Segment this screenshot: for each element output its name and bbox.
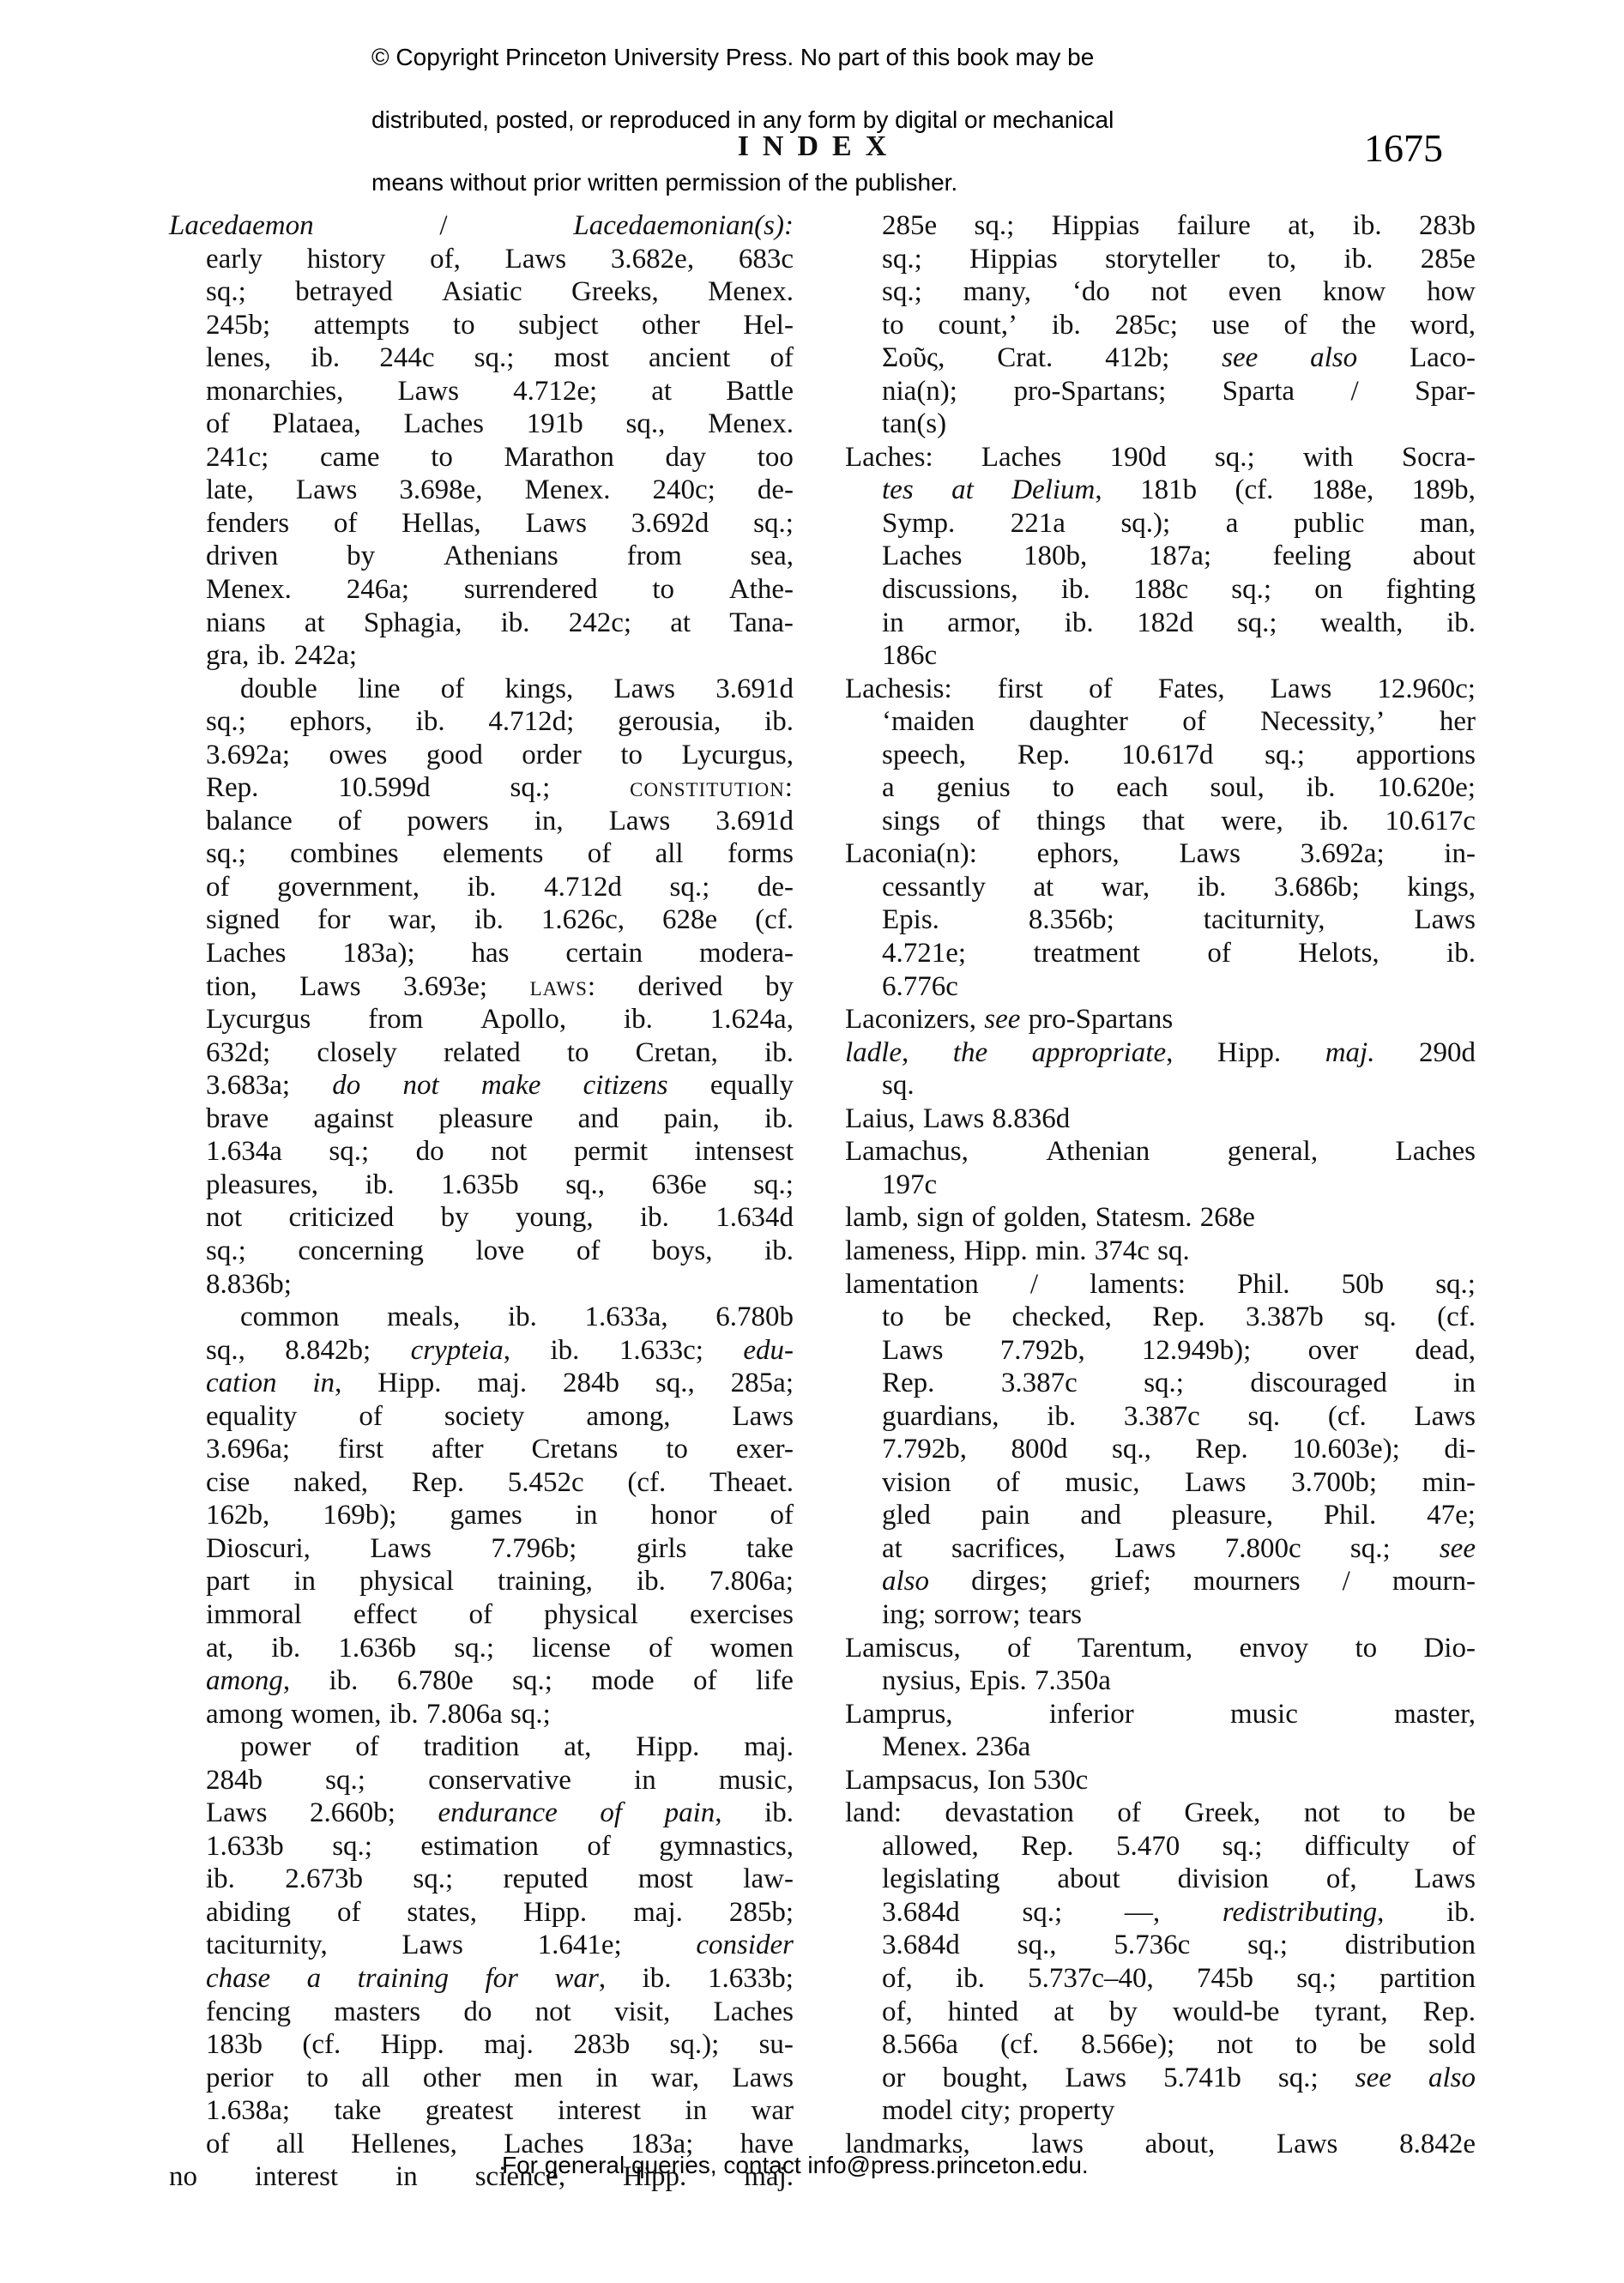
index-word: Laws	[525, 507, 586, 541]
index-word: Sparta	[1223, 375, 1295, 408]
index-word: surrendered	[464, 573, 598, 607]
index-entry-line: cessantlyatwar,ib.3.686b;kings,	[845, 871, 1476, 904]
index-word: tradition	[424, 1730, 520, 1764]
index-entry-line: gledpainandpleasure,Phil.47e;	[845, 1499, 1476, 1532]
index-word: on	[1314, 573, 1343, 607]
index-word: 187a;	[1149, 540, 1211, 573]
index-word: hinted	[948, 1996, 1018, 2029]
index-word: ‘maiden	[882, 705, 975, 739]
index-word: 1.633c;	[619, 1334, 703, 1368]
index-word: not	[1151, 275, 1187, 309]
index-word: Hipp.	[1217, 1036, 1281, 1070]
index-entry-line: inarmor,ib.182dsq.;wealth,ib.	[845, 607, 1476, 640]
index-entry-line: niansatSphagia,ib.242c;atTana-	[169, 607, 794, 640]
index-word: storyteller	[1105, 243, 1220, 276]
index-word: Statesm.	[1096, 1201, 1192, 1235]
index-word: each	[1116, 771, 1168, 805]
index-word: ib.	[389, 1698, 419, 1731]
index-entry-line: modelcity;property	[845, 2094, 1476, 2128]
index-word: lamentation	[845, 1268, 979, 1302]
index-entry-heading-line: Lacedaemon/Lacedaemonian(s):	[169, 209, 794, 243]
index-entry-line: Laws7.792b,12.949b);overdead,	[845, 1334, 1476, 1368]
index-word: take	[334, 2094, 381, 2128]
index-word: Fates,	[1158, 673, 1225, 706]
index-word: 246a;	[347, 573, 409, 607]
index-word: ib.	[416, 705, 445, 739]
index-column-left: Lacedaemon/Lacedaemonian(s):earlyhistory…	[169, 209, 794, 2194]
index-word: Lycurgus,	[681, 739, 793, 772]
index-word: ib.	[1065, 607, 1094, 640]
index-word: pain	[981, 1499, 1030, 1532]
index-word: Athenian	[1046, 1135, 1150, 1169]
index-word: of,	[882, 1996, 913, 2029]
index-word: of	[359, 1400, 383, 1434]
index-word: 1.633b;	[708, 1962, 794, 1996]
index-word: greatest	[426, 2094, 514, 2128]
index-word: training,	[498, 1565, 593, 1598]
index-entry-line: taciturnity,Laws1.641e;consider	[169, 1929, 794, 1962]
index-word: Menex.	[206, 573, 292, 607]
index-word: Laws	[733, 1400, 794, 1434]
index-word: of	[1283, 309, 1307, 342]
index-word: ib.	[764, 705, 794, 739]
index-word: sq.,	[206, 1334, 245, 1368]
index-entry-line: 183b(cf.Hipp.maj.283bsq.);su-	[169, 2028, 794, 2062]
index-word: 530c	[1033, 1764, 1088, 1797]
index-entry-line: 4.721e;treatmentofHelots,ib.	[845, 937, 1476, 970]
index-word: at	[951, 474, 974, 507]
index-word: sq.;	[882, 243, 922, 276]
index-word: 290d	[1419, 1036, 1476, 1070]
index-word: sq.;	[325, 1764, 365, 1797]
index-word: ib.	[474, 903, 504, 937]
index-word: subject	[518, 309, 598, 342]
index-entry-line: 245b;attemptstosubjectotherHel-	[169, 309, 794, 342]
index-word: all	[361, 2062, 389, 2095]
index-word: Rep.	[1021, 1830, 1073, 1863]
index-entry-line: tobechecked,Rep.3.387bsq.(cf.	[845, 1301, 1476, 1334]
index-word: Hipp.	[963, 1235, 1027, 1268]
index-word: closely	[317, 1036, 396, 1070]
index-word: Greeks,	[571, 275, 659, 309]
index-word: ib.	[1198, 871, 1227, 904]
index-word: Ion	[987, 1764, 1025, 1797]
index-word: were,	[1221, 805, 1283, 838]
index-word: apportions	[1356, 739, 1476, 772]
index-word: /	[1343, 1565, 1350, 1598]
index-word: among	[206, 1698, 283, 1731]
index-word: su-	[759, 2028, 794, 2062]
index-word: (cf.	[302, 2028, 341, 2062]
index-word: in	[634, 1764, 656, 1797]
index-column-right: 285esq.;Hippiasfailureat,ib.283bsq.;Hipp…	[845, 209, 1476, 2160]
index-word: 12.960c;	[1377, 673, 1476, 706]
index-word: combines	[290, 837, 398, 871]
index-entry-line: 8.836b;	[169, 1268, 794, 1302]
index-word: sq.;	[1265, 739, 1305, 772]
index-word: edu-	[743, 1334, 794, 1368]
index-word: 6.776c	[882, 970, 958, 1004]
index-word: Lacedaemon	[169, 209, 314, 243]
index-word: of	[1117, 1797, 1141, 1830]
index-word: gra,	[206, 639, 249, 673]
index-word: other	[642, 309, 700, 342]
index-word: Apollo,	[480, 1003, 566, 1036]
index-word: over	[1308, 1334, 1359, 1368]
index-word: vision	[882, 1466, 951, 1500]
index-word: Theaet.	[709, 1466, 794, 1500]
index-entry-line: nia(n);pro-Spartans;Sparta/Spar-	[845, 375, 1476, 408]
index-word: or	[882, 2062, 906, 2095]
index-word: music	[1230, 1698, 1298, 1731]
index-word: Laches	[206, 937, 286, 970]
index-entry-line: 1.634asq.;donotpermitintensest	[169, 1135, 794, 1169]
index-entry-heading-line: Laconia(n):ephors,Laws3.692a;in-	[845, 837, 1476, 871]
index-word: pleasure	[438, 1102, 533, 1136]
index-word: sq.;	[1435, 1268, 1476, 1302]
index-word: bought,	[943, 2062, 1029, 2095]
index-word: Laws	[1414, 903, 1475, 937]
index-entry-line: Rep.10.599dsq.;constitution:	[169, 771, 794, 805]
index-word: 7.796b;	[491, 1532, 577, 1566]
index-word: 2.673b	[285, 1863, 363, 1896]
index-entry-heading-line: Lamiscus,ofTarentum,envoytoDio-	[845, 1632, 1476, 1665]
index-word: ib.	[1052, 309, 1081, 342]
index-word: sq.;	[1231, 573, 1271, 607]
index-word: would-be	[1173, 1996, 1280, 2029]
index-word: fighting	[1386, 573, 1476, 607]
index-word: nia(n);	[882, 375, 957, 408]
index-word: Laws	[732, 2062, 793, 2095]
index-word: in,	[312, 1367, 341, 1400]
index-word: at	[1033, 871, 1053, 904]
index-word: pro-Spartans;	[1013, 375, 1166, 408]
index-word: man,	[1420, 507, 1476, 541]
index-word: grief;	[1090, 1565, 1150, 1598]
index-word: of	[649, 1632, 673, 1665]
index-word: 800d	[1011, 1433, 1068, 1466]
index-entry-line: 3.684dsq.;—,redistributing,ib.	[845, 1896, 1476, 1930]
index-word: 241c;	[206, 441, 269, 474]
index-word: maj.	[633, 1896, 683, 1930]
index-entry-heading-line: Laius,Laws8.836d	[845, 1102, 1476, 1136]
index-word: 1.626c,	[541, 903, 625, 937]
index-word: gled	[882, 1499, 931, 1532]
index-word: balance	[206, 805, 293, 838]
index-word: by	[765, 970, 794, 1004]
index-word: 7.800c	[1225, 1532, 1301, 1566]
index-word: Rep.	[1423, 1996, 1476, 2029]
index-entry-line: singsofthingsthatwere,ib.10.617c	[845, 805, 1476, 838]
index-word: 3.684d	[882, 1896, 960, 1930]
index-word: discouraged	[1250, 1367, 1386, 1400]
index-word: 8.842e	[1399, 2128, 1476, 2161]
index-word: equally	[710, 1069, 794, 1102]
index-entry-line: pleasures,ib.1.635bsq.,636esq.;	[169, 1169, 794, 1202]
index-word: 3.691d	[715, 673, 794, 706]
index-word: Rep.	[882, 1367, 934, 1400]
index-entry-line: cationin,Hipp.maj.284bsq.,285a;	[169, 1367, 794, 1400]
index-word: Σοῦς,	[882, 341, 945, 375]
index-word: war,	[555, 1962, 607, 1996]
index-word: that	[1142, 805, 1184, 838]
index-word: ing;	[882, 1598, 926, 1632]
index-word: Laws	[1179, 837, 1240, 871]
index-word: see	[1222, 341, 1258, 375]
index-entry-line: Menex.246a;surrenderedtoAthe-	[169, 573, 794, 607]
index-word: immoral	[206, 1598, 302, 1632]
index-word: see	[984, 1003, 1020, 1036]
index-entry-line: tan(s)	[845, 408, 1476, 441]
index-entry-line: 284bsq.;conservativeinmusic,	[169, 1764, 794, 1797]
index-word: in	[882, 607, 904, 640]
index-word: of	[996, 1466, 1020, 1500]
index-word: Athenians	[444, 540, 558, 573]
index-word: Laconizers,	[845, 1003, 976, 1036]
index-entry-line: 1.633bsq.;estimationofgymnastics,	[169, 1830, 794, 1863]
index-word: 1.634d	[715, 1201, 794, 1235]
index-word: tears	[1029, 1598, 1082, 1632]
index-word: 189b,	[1412, 474, 1476, 507]
index-word: cation	[206, 1367, 276, 1400]
index-word: related	[444, 1036, 521, 1070]
index-word: of	[588, 837, 612, 871]
index-word: nians	[206, 607, 266, 640]
index-word: of	[1007, 1632, 1031, 1665]
index-word: sq.;	[474, 341, 515, 375]
index-entry-line: 285esq.;Hippiasfailureat,ib.283b	[845, 209, 1476, 243]
index-word: 182d	[1137, 607, 1193, 640]
index-word: Lamachus,	[845, 1135, 969, 1169]
index-word: of	[693, 1664, 717, 1698]
index-word: sq.;	[329, 1135, 369, 1169]
index-word: be	[945, 1301, 971, 1334]
index-word: citizens	[583, 1069, 668, 1102]
index-entry-line: balanceofpowersin,Laws3.691d	[169, 805, 794, 838]
index-word: de-	[758, 474, 794, 507]
index-word: appropriate,	[1032, 1036, 1174, 1070]
index-word: soul,	[1210, 771, 1264, 805]
index-word: 10.617d	[1121, 739, 1213, 772]
index-word: use	[1212, 309, 1250, 342]
index-word: training	[358, 1962, 449, 1996]
index-word: 3.691d	[715, 805, 794, 838]
index-word: Laws	[370, 1532, 431, 1566]
index-word: Hel-	[743, 309, 794, 342]
index-word: sq.;	[1237, 607, 1277, 640]
index-entry-line: speech,Rep.10.617dsq.;apportions	[845, 739, 1476, 772]
index-word: Socra-	[1402, 441, 1476, 474]
index-word: /	[1030, 1268, 1038, 1302]
index-word: Rep.	[1195, 1433, 1247, 1466]
index-word: Asiatic	[442, 275, 522, 309]
index-word: equality	[206, 1400, 297, 1434]
index-word: abiding	[206, 1896, 291, 1930]
index-word: (cf.	[627, 1466, 666, 1500]
index-word: to	[453, 309, 475, 342]
index-word: armor,	[947, 607, 1021, 640]
index-word: not	[1216, 2028, 1253, 2062]
index-word: also	[882, 1565, 929, 1598]
index-word: 236a	[975, 1730, 1030, 1764]
index-word: ephors,	[1037, 837, 1120, 871]
index-word: legislating	[882, 1863, 999, 1896]
index-word: to	[620, 739, 643, 772]
index-word: signed	[206, 903, 280, 937]
index-word: not	[491, 1135, 527, 1169]
index-word: and	[1080, 1499, 1121, 1532]
index-word: Tarentum,	[1078, 1632, 1192, 1665]
index-word: Hipp.	[636, 1730, 699, 1764]
index-word: 1.636b	[338, 1632, 416, 1665]
index-word: at	[670, 607, 691, 640]
index-entry-line: 3.696a;firstafterCretanstoexer-	[169, 1433, 794, 1466]
index-word: ib.	[1344, 243, 1373, 276]
index-word: modera-	[699, 937, 794, 970]
index-word: at,	[206, 1632, 233, 1665]
index-word: ib.	[637, 1565, 666, 1598]
index-entry-line: sq.;many,‘donotevenknowhow	[845, 275, 1476, 309]
index-entry-line: 7.792b,800dsq.,Rep.10.603e);di-	[845, 1433, 1476, 1466]
index-word: sq.;	[1223, 1830, 1263, 1863]
index-word: visit,	[614, 1996, 670, 2029]
index-word: 181b	[1140, 474, 1197, 507]
index-word: at	[882, 1532, 903, 1566]
index-word: order	[522, 739, 582, 772]
index-word: from	[627, 540, 682, 573]
index-word: too	[758, 441, 794, 474]
index-word: 8.836d	[993, 1102, 1071, 1136]
index-word: interest	[255, 2160, 338, 2194]
index-word: sq.	[1248, 1400, 1281, 1434]
index-word: ib.	[329, 1664, 359, 1698]
index-word: Phil.	[1324, 1499, 1376, 1532]
index-entry-heading-line: lameness,Hipp.min.374csq.	[845, 1235, 1476, 1268]
index-word: of	[334, 507, 358, 541]
index-word: ib.	[1353, 209, 1382, 243]
index-word: 188c	[1133, 573, 1188, 607]
index-word: music,	[1065, 1466, 1139, 1500]
index-word: of	[338, 805, 362, 838]
index-word: Marathon	[504, 441, 614, 474]
index-word: sq.	[1364, 1301, 1397, 1334]
index-word: sq.,	[655, 1367, 695, 1400]
index-entry-line: periortoallothermeninwar,Laws	[169, 2062, 794, 2095]
index-word: from	[368, 1003, 423, 1036]
index-entry-line: ‘maidendaughterofNecessity,’her	[845, 705, 1476, 739]
index-word: not	[402, 1069, 438, 1102]
index-word: 240c;	[652, 474, 715, 507]
index-word: ancient	[649, 341, 730, 375]
index-word: tan(s)	[882, 408, 946, 441]
index-word: ib.	[550, 1334, 579, 1368]
index-word: ib.	[764, 1036, 794, 1070]
index-entry-line: 632d;closelyrelatedtoCretan,ib.	[169, 1036, 794, 1070]
index-word: music,	[719, 1764, 794, 1797]
index-word: Lampsacus,	[845, 1764, 980, 1797]
index-entry-line: commonmeals,ib.1.633a,6.780b	[169, 1301, 794, 1334]
index-word: 1.641e;	[538, 1929, 622, 1962]
index-entry-line: sq.;betrayedAsiaticGreeks,Menex.	[169, 275, 794, 309]
index-entry-line: sq.;ephors,ib.4.712d;gerousia,ib.	[169, 705, 794, 739]
index-word: the	[1342, 309, 1376, 342]
index-word: in	[576, 1499, 598, 1532]
index-word: of,	[430, 243, 461, 276]
index-word: sq.);	[670, 2028, 720, 2062]
index-word: 162b,	[206, 1499, 269, 1532]
index-word: the	[953, 1036, 987, 1070]
index-word: sq.,	[625, 408, 665, 441]
index-word: all	[655, 837, 684, 871]
index-word: gymnastics,	[659, 1830, 794, 1863]
index-word: 6.780e	[397, 1664, 474, 1698]
index-word: Spar-	[1415, 375, 1476, 408]
index-word: ib.	[1047, 1400, 1076, 1434]
index-word: interest	[558, 2094, 641, 2128]
index-word: 683c	[739, 243, 794, 276]
index-word: good	[426, 739, 483, 772]
index-word: elements	[443, 837, 543, 871]
index-word: mourn-	[1392, 1565, 1476, 1598]
index-word: Crat.	[997, 341, 1053, 375]
index-word: 7.806a	[426, 1698, 503, 1731]
index-word: of	[355, 1730, 379, 1764]
index-word: fencing	[206, 1996, 291, 2029]
index-word: permit	[574, 1135, 648, 1169]
index-word: sq.;	[454, 1632, 494, 1665]
index-word: Laches	[882, 540, 962, 573]
index-word: even	[1229, 275, 1282, 309]
index-word: constitution:	[630, 771, 794, 805]
index-word: owes	[329, 739, 388, 772]
index-word: to	[431, 441, 453, 474]
index-word: Lacedaemonian(s):	[573, 209, 794, 243]
index-word: to	[306, 2062, 329, 2095]
index-word: at	[651, 375, 672, 408]
index-word: ib.	[1319, 805, 1349, 838]
index-word: 283b	[573, 2028, 630, 2062]
index-word: Symp.	[882, 507, 955, 541]
index-word: (cf.	[1235, 474, 1274, 507]
index-word: 284b	[206, 1764, 263, 1797]
index-word: 245b;	[206, 309, 270, 342]
index-word: Battle	[726, 375, 794, 408]
index-word: to	[666, 1433, 688, 1466]
index-word: sq.;	[1296, 1962, 1337, 1996]
index-word: daughter	[1029, 705, 1127, 739]
index-word: 3.692a;	[1301, 837, 1385, 871]
index-entry-line: 241c;cametoMarathondaytoo	[169, 441, 794, 474]
index-entry-line: 162b,169b);gamesinhonorof	[169, 1499, 794, 1532]
index-word: not	[1304, 1797, 1340, 1830]
index-word: 268e	[1200, 1201, 1255, 1235]
index-word: sq.;	[1022, 1896, 1062, 1930]
index-word: laments:	[1090, 1268, 1186, 1302]
index-word: —,	[1125, 1896, 1160, 1930]
index-word: Laches	[981, 441, 1061, 474]
index-word: of	[577, 1235, 601, 1268]
index-word: history	[307, 243, 386, 276]
index-word: ib.	[1307, 771, 1336, 805]
index-word: monarchies,	[206, 375, 343, 408]
index-entry-line: orbought,Laws5.741bsq.;seealso	[845, 2062, 1476, 2095]
index-word: maj.	[744, 1730, 794, 1764]
index-word: of	[972, 1201, 996, 1235]
index-entry-line: chaseatrainingforwar,ib.1.633b;	[169, 1962, 794, 1996]
index-word: (cf.	[755, 903, 794, 937]
index-word: redistributing,	[1223, 1896, 1385, 1930]
index-word: concerning	[298, 1235, 424, 1268]
